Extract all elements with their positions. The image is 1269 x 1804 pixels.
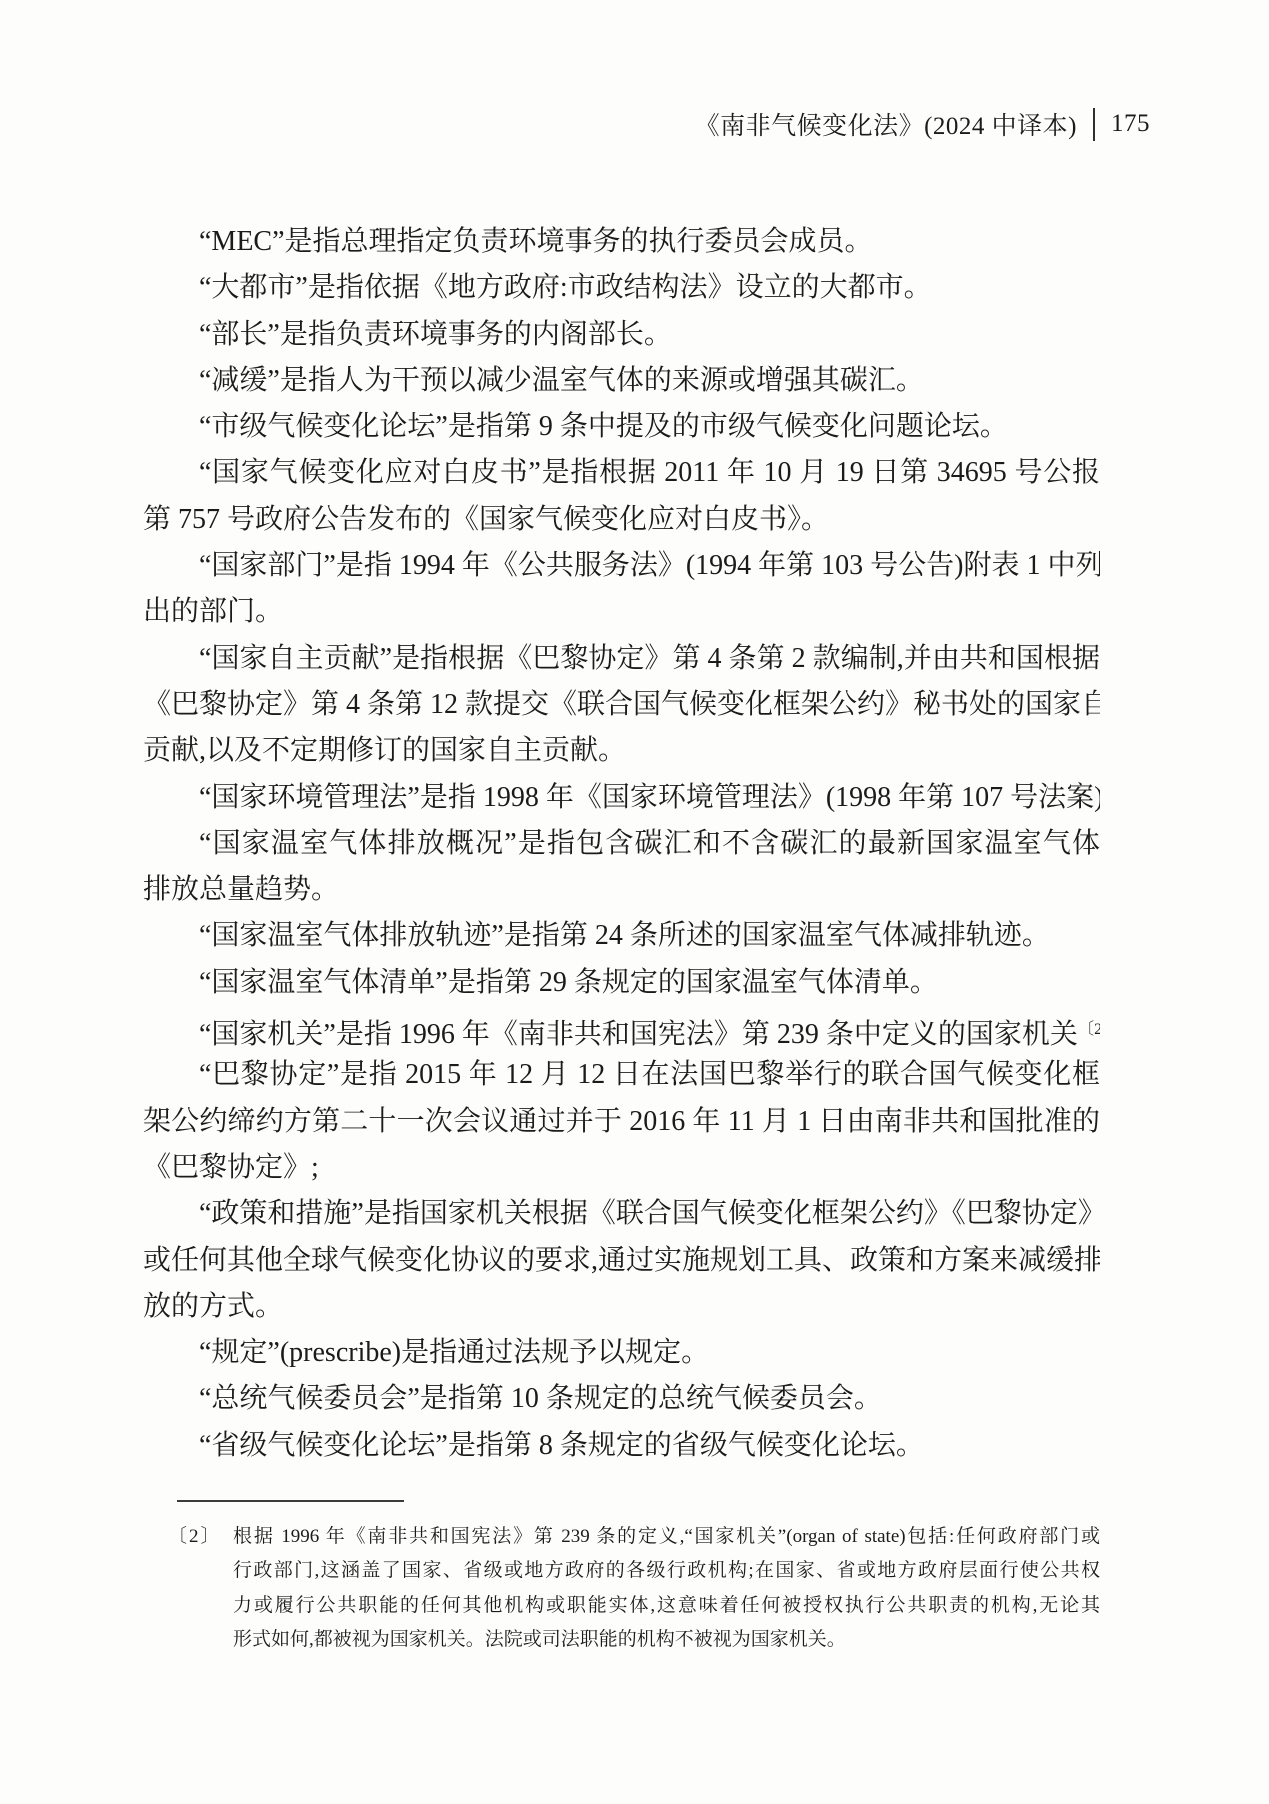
body-line: “巴黎协定”是指 2015 年 12 月 12 日在法国巴黎举行的联合国气候变化…	[143, 1052, 1100, 1098]
body-line: “规定”(prescribe)是指通过法规予以规定。	[143, 1330, 1100, 1376]
body-line: “国家温室气体清单”是指第 29 条规定的国家温室气体清单。	[143, 960, 1100, 1006]
body-line: 放的方式。	[143, 1284, 1100, 1330]
page-number: 175	[1111, 110, 1150, 138]
footnote-separator-rule	[177, 1500, 404, 1502]
body-line: “国家部门”是指 1994 年《公共服务法》(1994 年第 103 号公告)附…	[143, 543, 1100, 589]
body-line: 排放总量趋势。	[143, 867, 1100, 913]
body-line: “MEC”是指总理指定负责环境事务的执行委员会成员。	[143, 219, 1100, 265]
footnote-body: 根据 1996 年《南非共和国宪法》第 239 条的定义,“国家机关”(orga…	[233, 1520, 1100, 1657]
body-line: 《巴黎协定》第 4 条第 12 款提交《联合国气候变化框架公约》秘书处的国家自主	[143, 682, 1100, 728]
footnote-reference: 〔2〕	[1078, 1020, 1100, 1038]
body-line: “总统气候委员会”是指第 10 条规定的总统气候委员会。	[143, 1376, 1100, 1422]
body-line: 出的部门。	[143, 589, 1100, 635]
body-line: “减缓”是指人为干预以减少温室气体的来源或增强其碳汇。	[143, 358, 1100, 404]
body-line: 架公约缔约方第二十一次会议通过并于 2016 年 11 月 1 日由南非共和国批…	[143, 1099, 1100, 1145]
body-line: “政策和措施”是指国家机关根据《联合国气候变化框架公约》《巴黎协定》	[143, 1191, 1100, 1237]
footnote: 〔2〕 根据 1996 年《南非共和国宪法》第 239 条的定义,“国家机关”(…	[168, 1520, 1100, 1657]
footnote-line: 根据 1996 年《南非共和国宪法》第 239 条的定义,“国家机关”(orga…	[233, 1520, 1100, 1554]
body-line: “国家气候变化应对白皮书”是指根据 2011 年 10 月 19 日第 3469…	[143, 450, 1100, 496]
footnote-line: 行政部门,这涵盖了国家、省级或地方政府的各级行政机构;在国家、省或地方政府层面行…	[233, 1554, 1100, 1588]
body-text: “MEC”是指总理指定负责环境事务的执行委员会成员。“大都市”是指依据《地方政府…	[143, 219, 1100, 1469]
body-line: 贡献,以及不定期修订的国家自主贡献。	[143, 728, 1100, 774]
body-line: “国家机关”是指 1996 年《南非共和国宪法》第 239 条中定义的国家机关〔…	[143, 1006, 1100, 1052]
body-line: “大都市”是指依据《地方政府:市政结构法》设立的大都市。	[143, 265, 1100, 311]
running-header-title: 《南非气候变化法》(2024 中译本)	[695, 106, 1077, 142]
footnote-line: 形式如何,都被视为国家机关。法院或司法职能的机构不被视为国家机关。	[233, 1623, 1100, 1657]
body-line: “国家温室气体排放概况”是指包含碳汇和不含碳汇的最新国家温室气体	[143, 821, 1100, 867]
body-line: 《巴黎协定》;	[143, 1145, 1100, 1191]
body-line: “部长”是指负责环境事务的内阁部长。	[143, 312, 1100, 358]
header-divider-rule	[1093, 108, 1095, 141]
body-line: “国家环境管理法”是指 1998 年《国家环境管理法》(1998 年第 107 …	[143, 775, 1100, 821]
body-line: 第 757 号政府公告发布的《国家气候变化应对白皮书》。	[143, 497, 1100, 543]
footnote-line: 力或履行公共职能的任何其他机构或职能实体,这意味着任何被授权执行公共职责的机构,…	[233, 1589, 1100, 1623]
document-page: 《南非气候变化法》(2024 中译本) 175 “MEC”是指总理指定负责环境事…	[0, 0, 1269, 1804]
running-header: 《南非气候变化法》(2024 中译本) 175	[695, 106, 1150, 142]
body-line: 或任何其他全球气候变化协议的要求,通过实施规划工具、政策和方案来减缓排	[143, 1238, 1100, 1284]
body-line: “国家温室气体排放轨迹”是指第 24 条所述的国家温室气体减排轨迹。	[143, 913, 1100, 959]
body-line: “省级气候变化论坛”是指第 8 条规定的省级气候变化论坛。	[143, 1423, 1100, 1469]
body-line: “国家自主贡献”是指根据《巴黎协定》第 4 条第 2 款编制,并由共和国根据	[143, 636, 1100, 682]
body-line: “市级气候变化论坛”是指第 9 条中提及的市级气候变化问题论坛。	[143, 404, 1100, 450]
footnote-marker: 〔2〕	[168, 1520, 233, 1657]
